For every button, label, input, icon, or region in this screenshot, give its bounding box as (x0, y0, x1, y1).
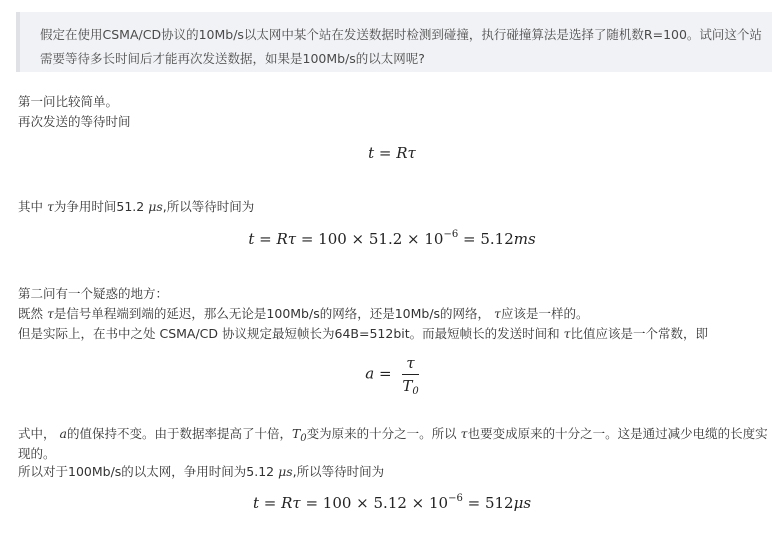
formula-10mbps: t = Rτ = 100 × 51.2 × 10−6 = 5.12ms (0, 230, 784, 248)
formula-var: Rτ (276, 230, 296, 248)
math-unit: μs (278, 464, 293, 479)
formula-unit: ms (514, 230, 536, 248)
text: 比值应该是一个常数，即 (571, 326, 709, 341)
part1-intro: 第一问比较简单。 (18, 92, 118, 112)
text: 但是实际上，在书中之处 CSMA/CD 协议规定最短帧长为64B=512bit。… (18, 326, 564, 341)
formula-op: = 100 × 51.2 × 10 (296, 230, 443, 248)
fraction: τT0 (402, 354, 418, 395)
math-T0: T0 (292, 426, 307, 441)
part1-label: 再次发送的等待时间 (18, 112, 131, 132)
part2-intro: 第二问有一个疑惑的地方： (18, 284, 168, 304)
formula-op: = 5.12 (458, 230, 514, 248)
question-blockquote: 假定在使用CSMA/CD协议的10Mb/s以太网中某个站在发送数据时检测到碰撞，… (16, 12, 772, 72)
part2-line-1: 既然 τ是信号单程端到端的延迟，那么无论是100Mb/s的网络，还是10Mb/s… (18, 304, 588, 324)
math-unit: μs (148, 199, 163, 214)
text: 的值保持不变。由于数据率提高了十倍， (67, 426, 292, 441)
formula-unit: μs (514, 494, 531, 512)
part1-explanation: 其中 τ为争用时间51.2 μs,所以等待时间为 (18, 197, 254, 217)
fraction-numerator: τ (402, 354, 418, 375)
formula-wait-time: t = Rτ (0, 144, 784, 162)
formula-ratio: a = τT0 (0, 354, 784, 395)
part2-line-5: 所以对于100Mb/s的以太网，争用时间为5.12 μs,所以等待时间为 (18, 462, 384, 482)
formula-var: Rτ (396, 144, 416, 162)
text: 是信号单程端到端的延迟，那么无论是100Mb/s的网络，还是10Mb/s的网络， (54, 306, 494, 321)
math-tau: τ (461, 426, 468, 441)
question-line-2: 需要等待多长时间后才能再次发送数据，如果是100Mb/s的以太网呢? (40, 47, 772, 71)
math-tau: τ (47, 306, 54, 321)
part2-line-2: 但是实际上，在书中之处 CSMA/CD 协议规定最短帧长为64B=512bit。… (18, 324, 708, 344)
math-tau: τ (564, 326, 571, 341)
math-a: a (59, 426, 66, 441)
text: ,所以等待时间为 (293, 464, 384, 479)
formula-subscript: 0 (412, 386, 418, 397)
text: 也要变成原来的十分之一。这是通过减少电缆的长度实 (468, 426, 768, 441)
formula-var: Rτ (281, 494, 301, 512)
formula-var: a (365, 365, 374, 383)
text: 变为原来的十分之一。所以 (307, 426, 461, 441)
formula-op: = 100 × 5.12 × 10 (301, 494, 448, 512)
formula-op: = (259, 494, 281, 512)
formula-op: = 512 (463, 494, 514, 512)
part2-line-4: 现的。 (18, 444, 56, 464)
text: ,所以等待时间为 (163, 199, 254, 214)
text: 其中 (18, 199, 47, 214)
question-line-1: 假定在使用CSMA/CD协议的10Mb/s以太网中某个站在发送数据时检测到碰撞，… (40, 23, 772, 47)
formula-100mbps: t = Rτ = 100 × 5.12 × 10−6 = 512μs (0, 494, 784, 512)
text: 既然 (18, 306, 47, 321)
text: 式中， (18, 426, 59, 441)
formula-exponent: −6 (448, 493, 463, 504)
fraction-denominator: T0 (402, 375, 418, 395)
text: 为争用时间51.2 (54, 199, 148, 214)
text: 所以对于100Mb/s的以太网，争用时间为5.12 (18, 464, 278, 479)
formula-op: = (374, 365, 396, 383)
formula-op: = (254, 230, 276, 248)
formula-var: T (402, 377, 412, 395)
math-tau: τ (494, 306, 501, 321)
text: 应该是一样的。 (501, 306, 589, 321)
math-tau: τ (47, 199, 54, 214)
part2-line-3: 式中， a的值保持不变。由于数据率提高了十倍，T0变为原来的十分之一。所以 τ也… (18, 424, 768, 444)
formula-exponent: −6 (443, 229, 458, 240)
formula-op: = (374, 144, 396, 162)
